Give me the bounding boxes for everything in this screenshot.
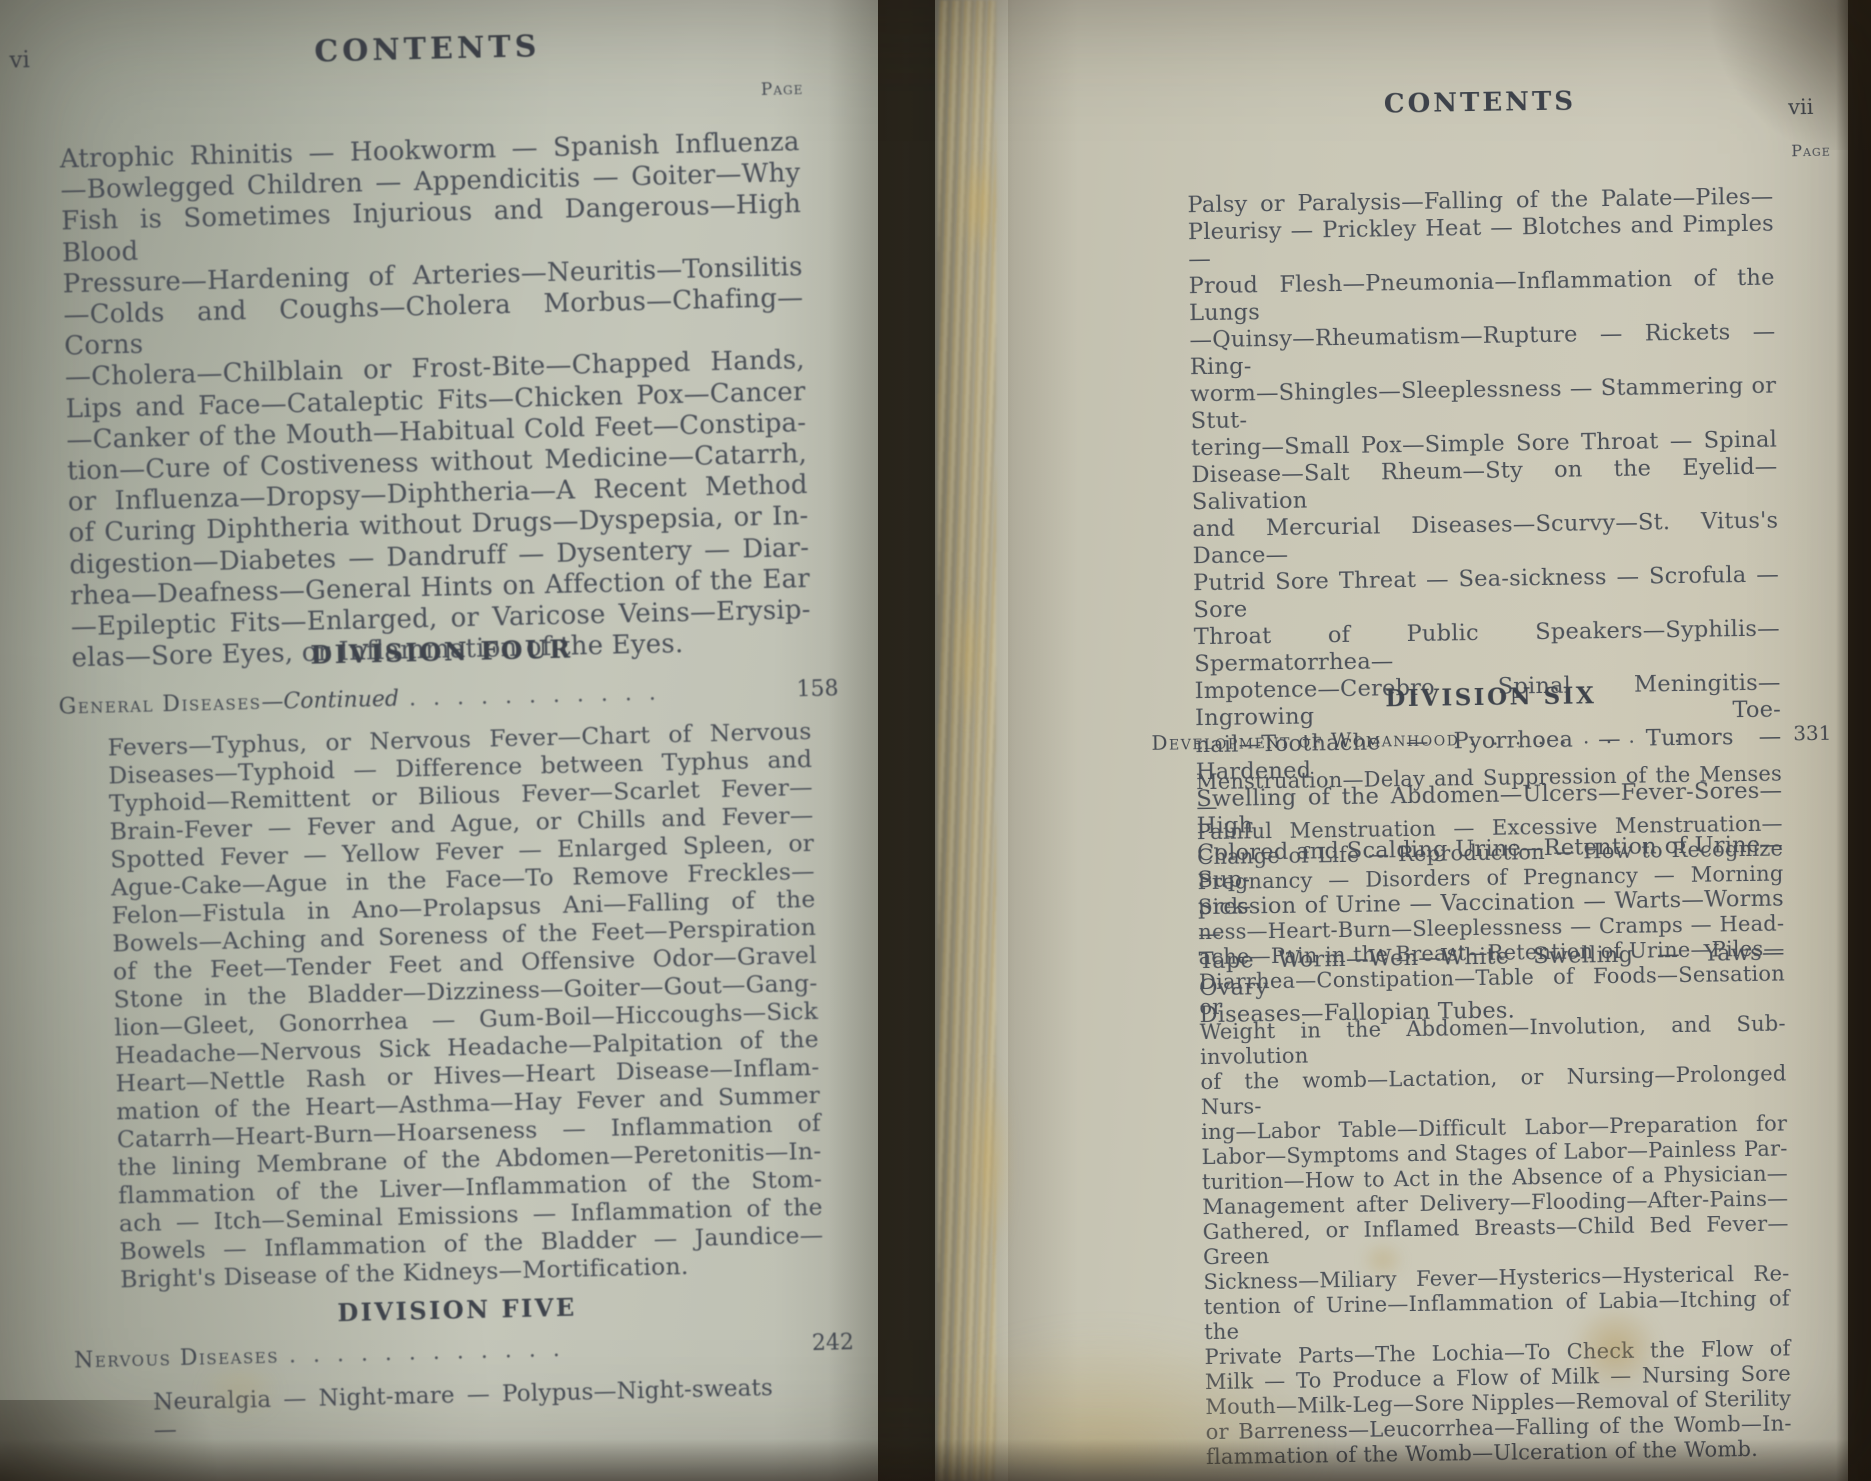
toc-line: Proud Flesh—Pneumonia—Inflammation of th…	[1188, 265, 1775, 328]
entry-development-title: Development of Womanhood	[1151, 726, 1459, 755]
toc-line: Throat of Public Speakers—Syphilis—Sperm…	[1194, 615, 1781, 678]
toc-line: tention of Urine—Inflammation of Labia—I…	[1204, 1286, 1791, 1345]
entry-nervous-diseases-title: Nervous Diseases	[74, 1344, 279, 1374]
toc-line: Menstruation—Delay and Suppression of th…	[1196, 761, 1783, 820]
book-edge-shadow	[1836, 0, 1871, 1481]
dot-leader: . . . . . . . . . . . .	[279, 1331, 813, 1369]
book-photo: vi CONTENTS Page Atrophic Rhinitis — Hoo…	[0, 0, 1871, 1481]
left-contents-heading: CONTENTS	[57, 23, 798, 75]
entry-development-page-number: 331	[1793, 721, 1832, 746]
dot-leader: . . . . . . . . . .	[1459, 721, 1793, 750]
toc-line: Pregnancy — Disorders of Pregnancy — Mor…	[1197, 861, 1784, 920]
corner-shadow	[1700, 0, 1871, 150]
entry-general-diseases-continued: —Continued	[261, 687, 399, 715]
left-intro-paragraph: Atrophic Rhinitis — Hookworm — Spanish I…	[59, 127, 811, 675]
entry-nervous-diseases: Nervous Diseases . . . . . . . . . . . .…	[74, 1330, 854, 1373]
toc-line: Disease—Salt Rheum—Sty on the Eyelid—Sal…	[1191, 454, 1778, 517]
toc-line: of the womb—Lactation, or Nursing—Prolon…	[1200, 1061, 1787, 1120]
page-fold-shadow	[1008, 0, 1078, 1481]
left-folio: vi	[9, 47, 30, 73]
toc-line: Weight in the Abdomen—Involution, and Su…	[1200, 1011, 1787, 1070]
left-page: vi CONTENTS Page Atrophic Rhinitis — Hoo…	[0, 0, 878, 1481]
entry-general-diseases-title: General Diseases	[58, 690, 261, 720]
division-six-paragraph: Menstruation—Delay and Suppression of th…	[1196, 761, 1792, 1470]
bottom-shadow	[0, 1439, 1871, 1481]
division-five-heading: DIVISION FIVE	[87, 1287, 827, 1333]
left-page-column-label: Page	[628, 79, 803, 103]
page-deckle-edge	[938, 0, 996, 1481]
toc-line: —Quinsy—Rheumatism—Rupture — Rickets — R…	[1189, 319, 1776, 382]
corner-shadow	[0, 1400, 280, 1481]
toc-line: Diarrhea—Constipation—Table of Foods—Sen…	[1199, 961, 1786, 1020]
entry-general-diseases: General Diseases—Continued . . . . . . .…	[58, 676, 838, 719]
toc-line: and Mercurial Diseases—Scurvy—St. Vitus'…	[1192, 508, 1779, 571]
toc-line: Gathered, or Inflamed Breasts—Child Bed …	[1203, 1211, 1790, 1270]
toc-line: Putrid Sore Threat — Sea-sickness — Scro…	[1193, 561, 1780, 624]
toc-line: Pleurisy — Prickley Heat — Blotches and …	[1188, 211, 1775, 274]
division-four-paragraph: Fevers—Typhus, or Nervous Fever—Chart of…	[107, 717, 824, 1293]
dot-leader: . . . . . . . . . . .	[399, 677, 797, 711]
toc-line: worm—Shingles—Sleeplessness — Stammering…	[1190, 373, 1777, 436]
